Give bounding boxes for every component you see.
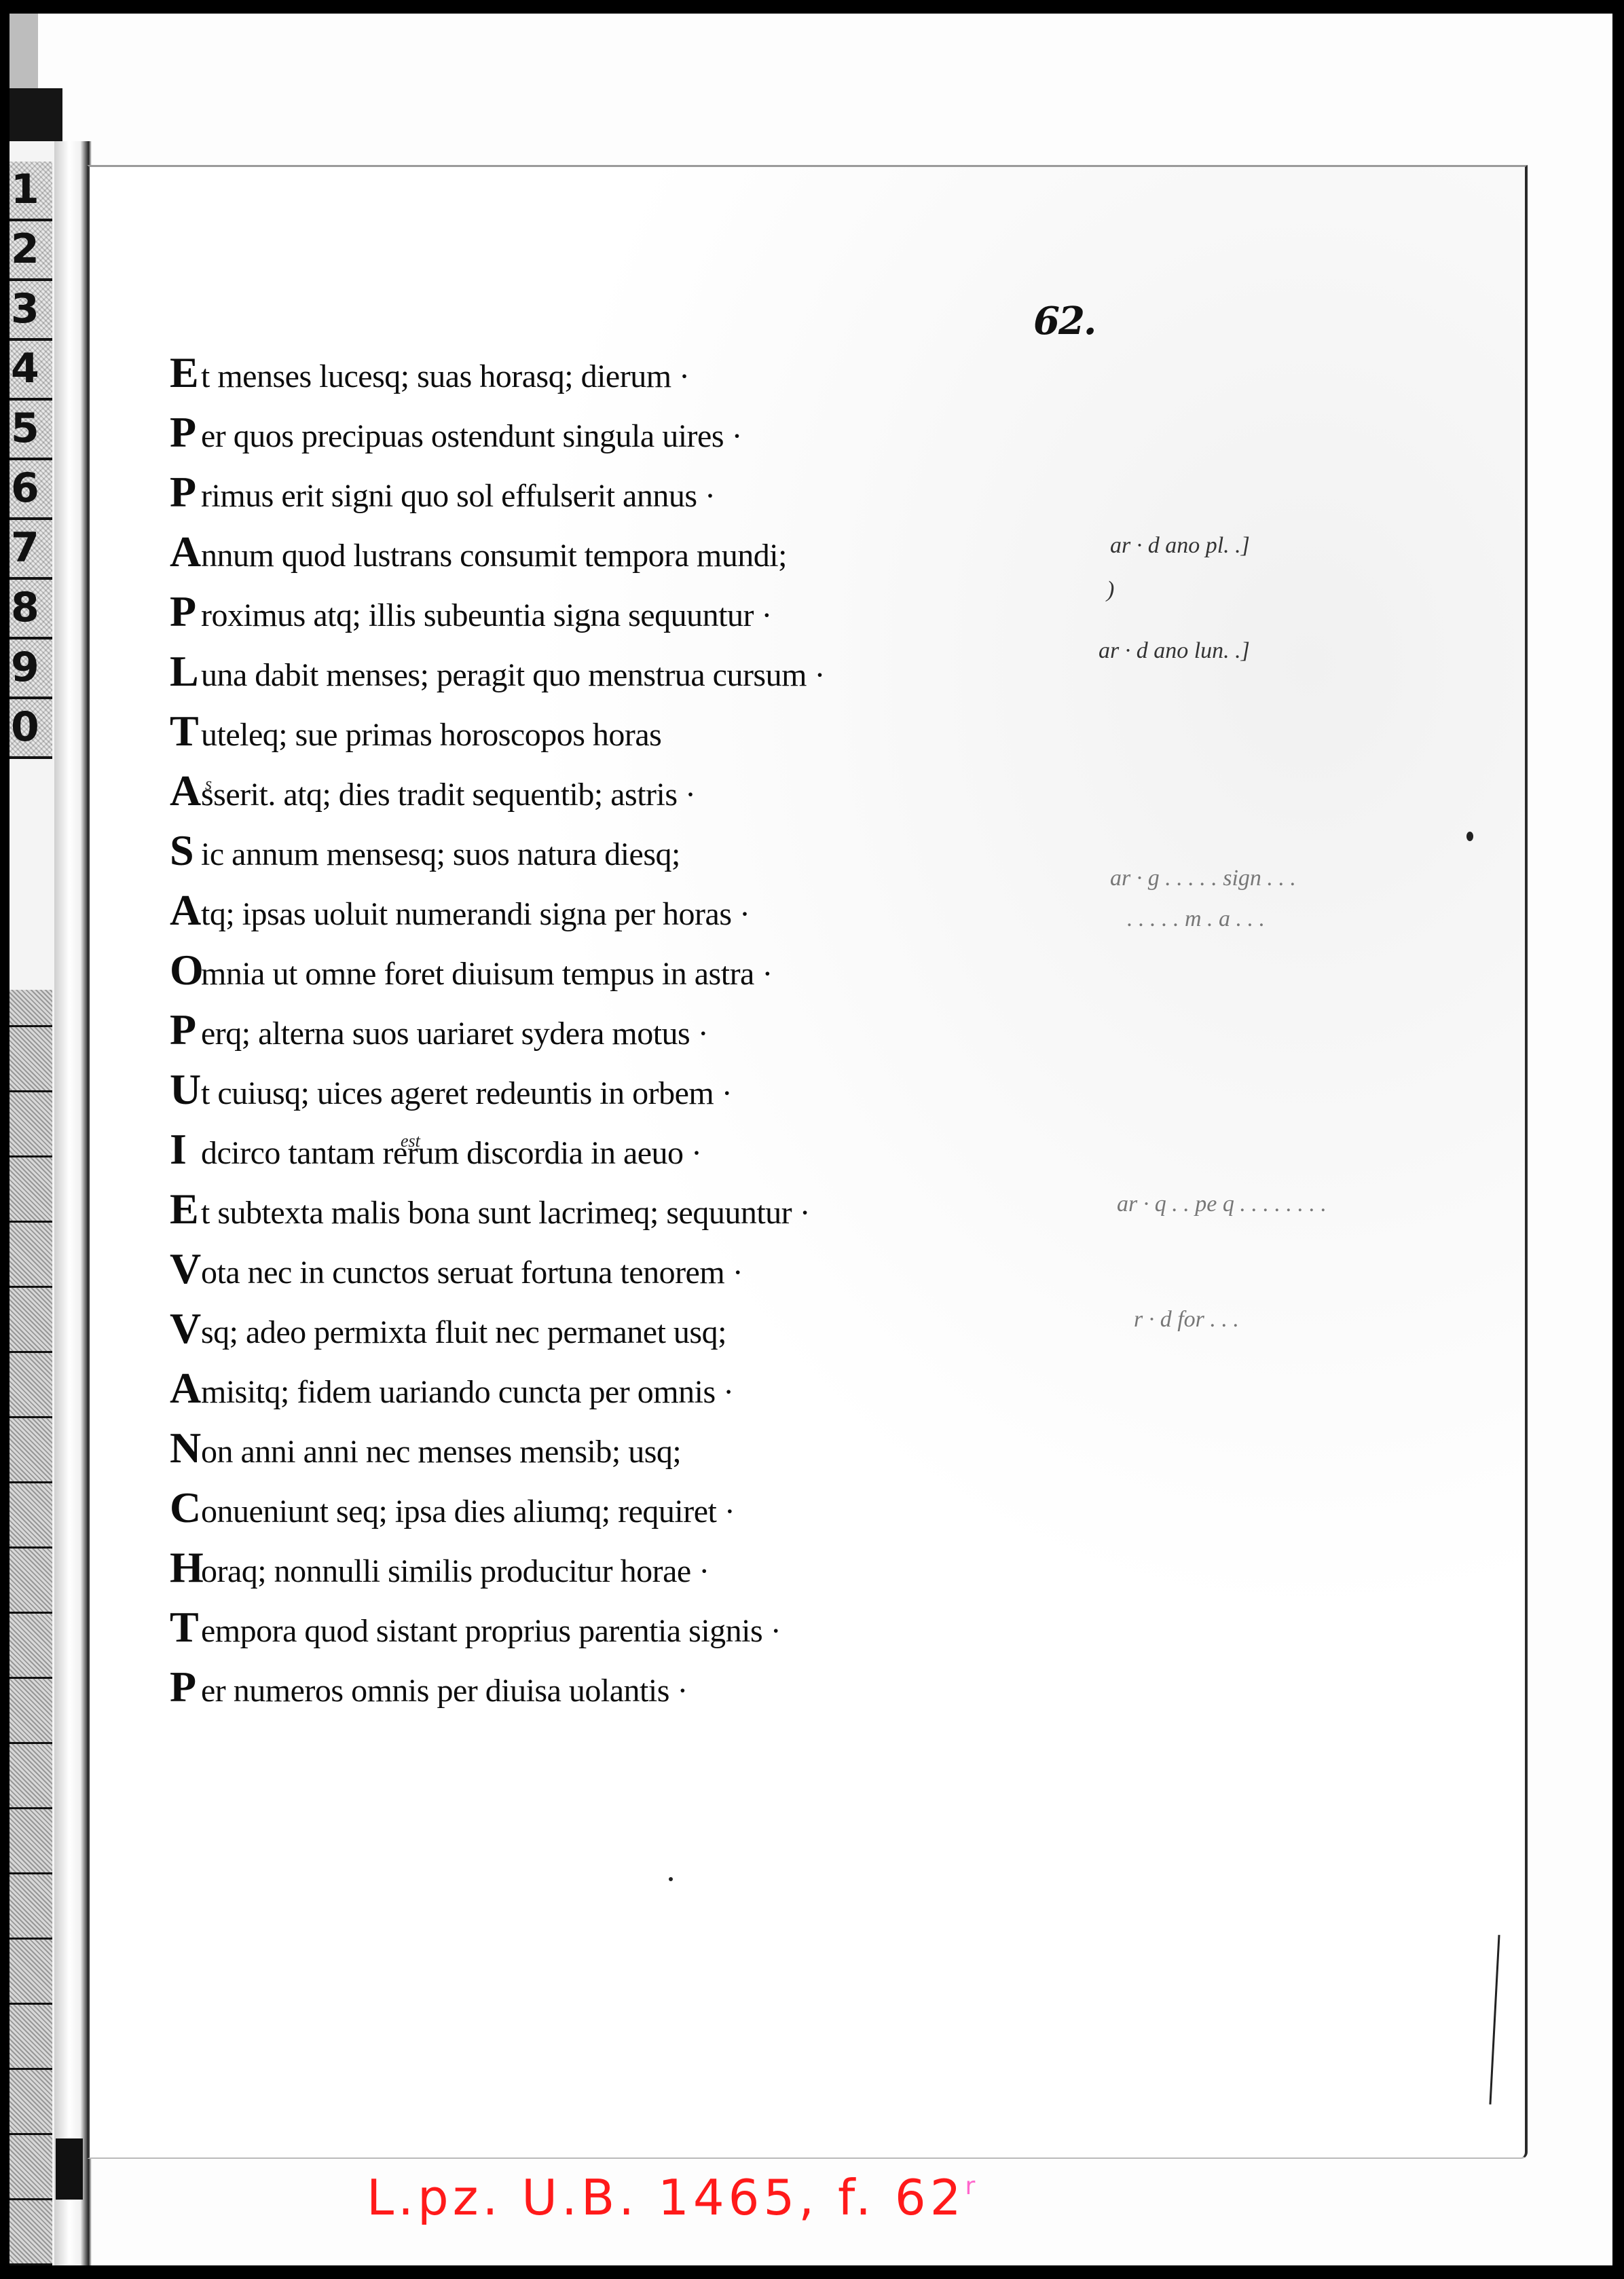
ruler-cell: 0 (10, 699, 52, 759)
ruler-cell: 4 (10, 341, 52, 401)
verse-text: una dabit menses; peragit quo menstrua c… (201, 657, 825, 693)
verse-line: Luna dabit menses; peragit quo menstrua … (170, 642, 1018, 701)
gutter-clip (56, 2138, 83, 2200)
verse-initial: L (170, 642, 201, 701)
ruler-cell: 1 (10, 162, 52, 221)
verse-text: t subtexta malis bona sunt lacrimeq; seq… (201, 1195, 810, 1231)
verse-initial: N (170, 1418, 201, 1478)
ruler-cell: 2 (10, 221, 52, 281)
verse-text: nnum quod lustrans consumit tempora mund… (201, 538, 787, 574)
ruler-number: 8 (11, 584, 39, 631)
verse-text: on anni anni nec menses mensib; usq; (201, 1434, 681, 1470)
ruler-cell: 5 (10, 401, 52, 460)
verse-initial: C (170, 1478, 201, 1538)
verse-line: Non anni anni nec menses mensib; usq; (170, 1418, 1018, 1478)
verse-line: Horaq; nonnulli similis producitur horae… (170, 1538, 1018, 1597)
verse-initial: O (170, 940, 201, 1000)
verse-line: Amisitq; fidem uariando cuncta per omnis… (170, 1358, 1018, 1418)
verse-line: Idcirco tantam rerum discordia in aeuo ·… (170, 1119, 1018, 1179)
verse-initial: U (170, 1060, 201, 1119)
verse-line: Et subtexta malis bona sunt lacrimeq; se… (170, 1179, 1018, 1239)
verse-line: Per quos precipuas ostendunt singula uir… (170, 403, 1018, 462)
verse-line: Omnia ut omne foret diuisum tempus in as… (170, 940, 1018, 1000)
verse-initial: H (170, 1538, 201, 1597)
verse-text: ota nec in cunctos seruat fortuna tenore… (201, 1255, 743, 1291)
verse-text: rimus erit signi quo sol effulserit annu… (201, 478, 716, 514)
shelfmark-label: L.pz. U.B. 1465, f. 62r (367, 2169, 979, 2226)
verse-initial: P (170, 1000, 201, 1060)
interlinear-correction: est (401, 1111, 420, 1171)
verse-line: Vota nec in cunctos seruat fortuna tenor… (170, 1239, 1018, 1299)
verse-text: sq; adeo permixta fluit nec permanet usq… (201, 1314, 726, 1350)
marginal-gloss: ar · g . . . . . sign . . . (1110, 866, 1296, 891)
verse-line: Asserit. atq; dies tradit sequentib; ast… (170, 761, 1018, 821)
verse-initial: S (170, 821, 201, 881)
verse-text: t cuiusq; uices ageret redeuntis in orbe… (201, 1075, 732, 1111)
verse-text: er numeros omnis per diuisa uolantis · (201, 1673, 688, 1709)
ruler-number: 7 (11, 524, 39, 572)
scale-ruler: 1 2 3 4 5 6 7 8 9 0 (10, 141, 56, 2265)
verse-text: mnia ut omne foret diuisum tempus in ast… (201, 956, 773, 992)
verse-initial: P (170, 582, 201, 642)
verse-text: onueniunt seq; ipsa dies aliumq; require… (201, 1494, 735, 1530)
verse-line: Ut cuiusq; uices ageret redeuntis in orb… (170, 1060, 1018, 1119)
marginal-gloss: ar · d ano pl. .] (1110, 533, 1250, 559)
verse-initial: V (170, 1239, 201, 1299)
interlinear-correction: s (205, 754, 212, 814)
verse-line: Et menses lucesq; suas horasq; dierum · (170, 343, 1018, 403)
verse-text: uteleq; sue primas horoscopos horas (201, 717, 661, 753)
ruler-cell: 6 (10, 460, 52, 520)
verse-text: erq; alterna suos uariaret sydera motus … (201, 1016, 708, 1052)
verse-initial: A (170, 1358, 201, 1418)
verse-initial: E (170, 1179, 201, 1239)
ruler-number: 6 (11, 464, 39, 512)
ruler-cell: 8 (10, 580, 52, 640)
verse-line: Conueniunt seq; ipsa dies aliumq; requir… (170, 1478, 1018, 1538)
verse-line: Vsq; adeo permixta fluit nec permanet us… (170, 1299, 1018, 1358)
ruler-number: 9 (11, 644, 39, 691)
verse-text: misitq; fidem uariando cuncta per omnis … (201, 1374, 734, 1410)
verse-text: roximus atq; illis subeuntia signa sequu… (201, 597, 772, 633)
verse-line: Proximus atq; illis subeuntia signa sequ… (170, 582, 1018, 642)
ruler-lower-scale (10, 990, 52, 2265)
verse-text: oraq; nonnulli similis producitur horae … (201, 1553, 709, 1589)
verse-line: Sic annum mensesq; suos natura diesq; (170, 821, 1018, 881)
ruler-cap (10, 14, 38, 88)
verse-line: Perq; alterna suos uariaret sydera motus… (170, 1000, 1018, 1060)
verse-initial: P (170, 1657, 201, 1717)
folio-number: 62. (1033, 299, 1095, 344)
ruler-number: 4 (11, 345, 39, 392)
verse-initial: P (170, 462, 201, 522)
verse-text: empora quod sistant proprius parentia si… (201, 1613, 781, 1649)
ruler-cell: 9 (10, 640, 52, 699)
verse-initial: A (170, 881, 201, 940)
verse-line: Primus erit signi quo sol effulserit ann… (170, 462, 1018, 522)
marginal-gloss: . . . . . m . a . . . (1127, 906, 1265, 932)
verse-text: er quos precipuas ostendunt singula uire… (201, 418, 742, 454)
ruler-cell: 7 (10, 520, 52, 580)
verse-text: sserit. atq; dies tradit sequentib; astr… (201, 777, 696, 813)
marginal-gloss: ar · d ano lun. .] (1099, 638, 1250, 664)
verse-text: ic annum mensesq; suos natura diesq; (201, 836, 680, 872)
marginal-gloss: ar · q . . pe q . . . . . . . . (1117, 1191, 1327, 1217)
verse-line: Atq; ipsas uoluit numerandi signa per ho… (170, 881, 1018, 940)
ruler-number: 1 (11, 166, 39, 213)
ink-speck (669, 1877, 673, 1881)
ruler-number: 2 (11, 225, 39, 273)
ruler-cell: 3 (10, 281, 52, 341)
verse-initial: T (170, 1597, 201, 1657)
shelfmark-recto-mark: r (965, 2172, 980, 2200)
verse-text: tq; ipsas uoluit numerandi signa per hor… (201, 896, 750, 932)
verse-initial: E (170, 343, 201, 403)
ruler-number: 3 (11, 285, 39, 333)
verse-text: t menses lucesq; suas horasq; dierum · (201, 358, 690, 394)
shelfmark-text: L.pz. U.B. 1465, f. 62 (367, 2169, 965, 2226)
marginal-gloss: ) (1107, 577, 1114, 603)
verse-line: Tuteleq; sue primas horoscopos horas (170, 701, 1018, 761)
verse-text: dcirco tantam rerum discordia in aeuo · (201, 1135, 702, 1171)
verse-text-block: Et menses lucesq; suas horasq; dierum · … (170, 343, 1018, 1717)
verse-initial: P (170, 403, 201, 462)
verse-initial: V (170, 1299, 201, 1358)
ink-speck (1466, 832, 1473, 841)
verse-initial: A (170, 761, 201, 821)
verse-line: Per numeros omnis per diuisa uolantis · (170, 1657, 1018, 1717)
verse-initial: T (170, 701, 201, 761)
ruler-number: 5 (11, 405, 39, 452)
marginal-gloss: r · d for . . . (1134, 1307, 1239, 1333)
ruler-clip (10, 88, 62, 141)
verse-initial: I (170, 1119, 201, 1179)
ruler-number: 0 (11, 703, 39, 751)
verse-line: Tempora quod sistant proprius parentia s… (170, 1597, 1018, 1657)
verse-line: Annum quod lustrans consumit tempora mun… (170, 522, 1018, 582)
binding-gutter (54, 141, 92, 2265)
verse-initial: A (170, 522, 201, 582)
